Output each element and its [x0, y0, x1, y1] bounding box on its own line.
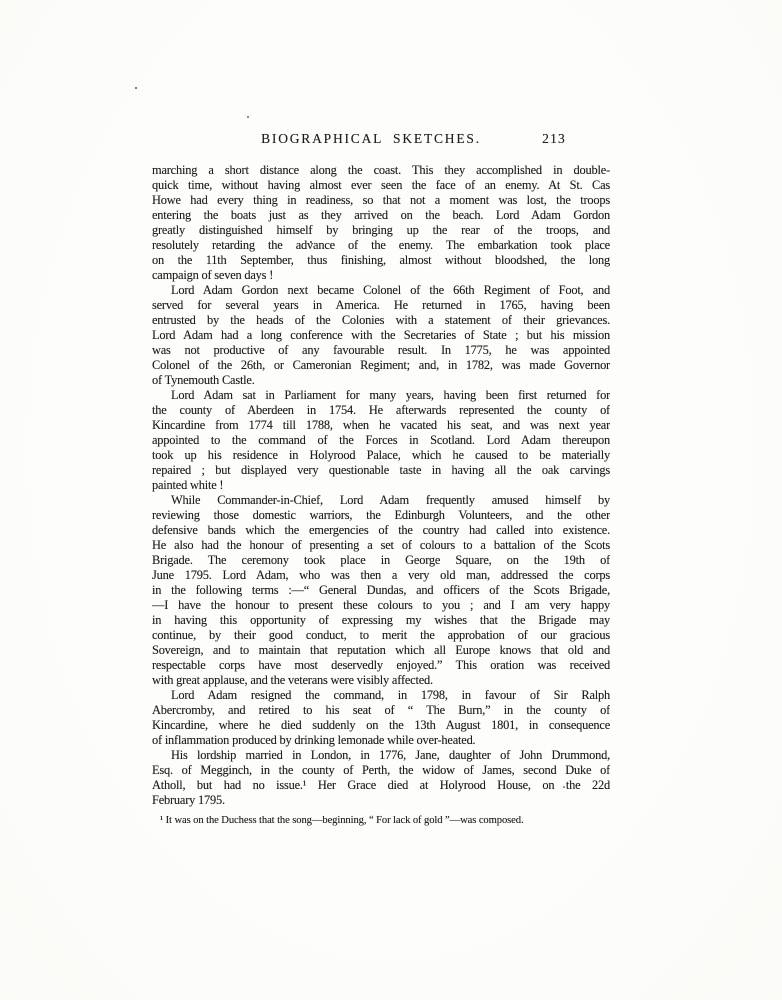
text-line: with great applause, and the veterans we…	[152, 673, 610, 688]
text-line: reviewing those domestic warriors, the E…	[152, 508, 610, 523]
text-line: painted white !	[152, 478, 610, 493]
text-line: was not productive of any favourable res…	[152, 343, 610, 358]
text-line: served for several years in America. He …	[152, 298, 610, 313]
paragraph: Lord Adam sat in Parliament for many yea…	[152, 388, 610, 493]
text-line: Atholl, but had no issue.¹ Her Grace die…	[152, 778, 610, 793]
text-line: Lord Adam resigned the command, in 1798,…	[152, 688, 610, 703]
text-line: Colonel of the 26th, or Cameronian Regim…	[152, 358, 610, 373]
paragraph: Lord Adam Gordon next became Colonel of …	[152, 283, 610, 388]
paragraph: While Commander-in-Chief, Lord Adam freq…	[152, 493, 610, 688]
text-line: entering the boats just as they arrived …	[152, 208, 610, 223]
paragraph: Lord Adam resigned the command, in 1798,…	[152, 688, 610, 748]
text-line: Brigade. The ceremony took place in Geor…	[152, 553, 610, 568]
body-text: marching a short distance along the coas…	[152, 163, 610, 827]
text-line: continue, by their good conduct, to meri…	[152, 628, 610, 643]
page-number: 213	[542, 131, 566, 147]
text-line: While Commander-in-Chief, Lord Adam freq…	[152, 493, 610, 508]
text-line: He also had the honour of presenting a s…	[152, 538, 610, 553]
text-line: June 1795. Lord Adam, who was then a ver…	[152, 568, 610, 583]
text-line: Lord Adam Gordon next became Colonel of …	[152, 283, 610, 298]
text-line: in the following terms :—“ General Dunda…	[152, 583, 610, 598]
text-line: the county of Aberdeen in 1754. He after…	[152, 403, 610, 418]
paragraph: marching a short distance along the coas…	[152, 163, 610, 283]
footnote: ¹ It was on the Duchess that the song—be…	[152, 814, 610, 827]
text-line: campaign of seven days !	[152, 268, 610, 283]
text-line: took up his residence in Holyrood Palace…	[152, 448, 610, 463]
text-line: Kincardine, where he died suddenly on th…	[152, 718, 610, 733]
text-line: Esq. of Megginch, in the county of Perth…	[152, 763, 610, 778]
text-line: —I have the honour to present these colo…	[152, 598, 610, 613]
text-line: Sovereign, and to maintain that reputati…	[152, 643, 610, 658]
text-line: marching a short distance along the coas…	[152, 163, 610, 178]
text-line: Howe had every thing in readiness, so th…	[152, 193, 610, 208]
text-line: Kincardine from 1774 till 1788, when he …	[152, 418, 610, 433]
running-head-title: BIOGRAPHICAL SKETCHES.	[261, 131, 481, 147]
text-line: February 1795.	[152, 793, 610, 808]
text-line: quick time, without having almost ever s…	[152, 178, 610, 193]
running-head: BIOGRAPHICAL SKETCHES. 213	[152, 131, 610, 149]
text-line: respectable corps have most deservedly e…	[152, 658, 610, 673]
text-line: of inflammation produced by drinking lem…	[152, 733, 610, 748]
text-line: greatly distinguished himself by bringin…	[152, 223, 610, 238]
text-line: Lord Adam had a long conference with the…	[152, 328, 610, 343]
book-page: BIOGRAPHICAL SKETCHES. 213 marching a sh…	[0, 0, 782, 1000]
text-line: His lordship married in London, in 1776,…	[152, 748, 610, 763]
text-line: Abercromby, and retired to his seat of “…	[152, 703, 610, 718]
text-line: repaired ; but displayed very questionab…	[152, 463, 610, 478]
text-line: of Tynemouth Castle.	[152, 373, 610, 388]
text-line: resolutely retarding the advance of the …	[152, 238, 610, 253]
text-line: entrusted by the heads of the Colonies w…	[152, 313, 610, 328]
scan-speck	[247, 116, 249, 118]
paragraph: His lordship married in London, in 1776,…	[152, 748, 610, 808]
text-line: in having this opportunity of expressing…	[152, 613, 610, 628]
text-line: appointed to the command of the Forces i…	[152, 433, 610, 448]
scan-speck	[135, 87, 137, 89]
text-line: Lord Adam sat in Parliament for many yea…	[152, 388, 610, 403]
text-line: defensive bands which the emergencies of…	[152, 523, 610, 538]
text-line: on the 11th September, thus finishing, a…	[152, 253, 610, 268]
